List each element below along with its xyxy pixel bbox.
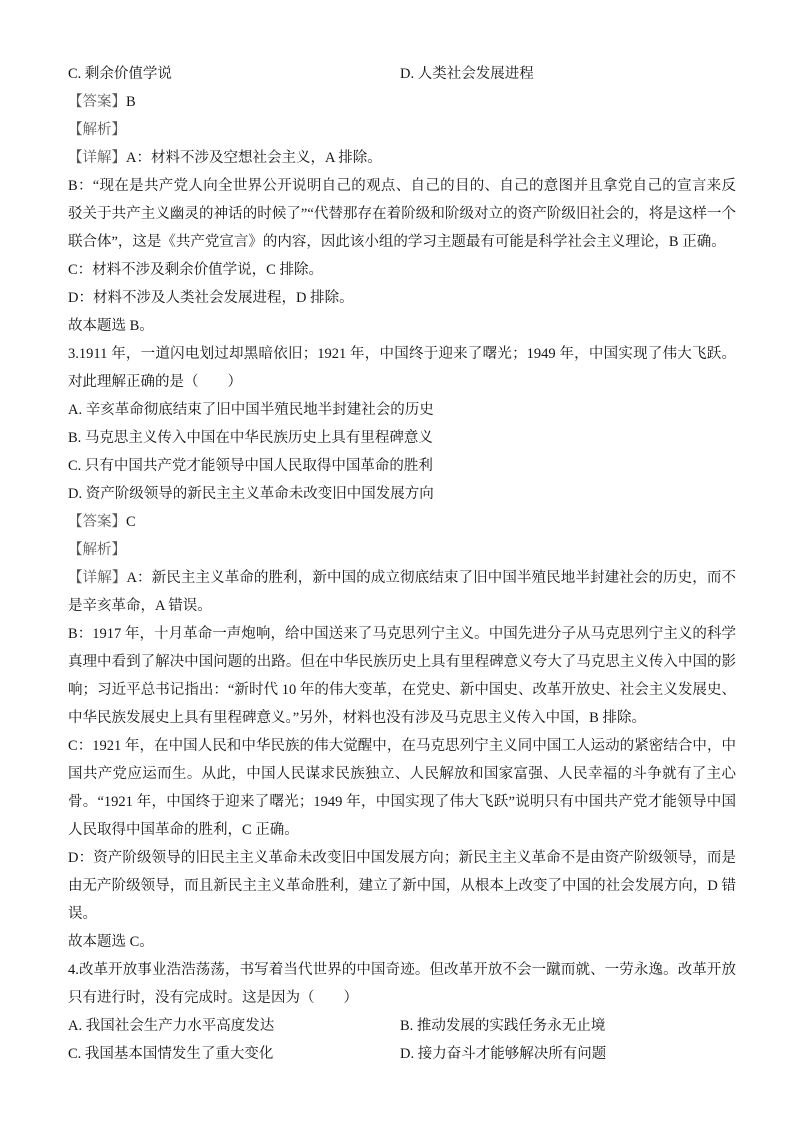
- detail-paragraph: D：资产阶级领导的旧民主主义革命未改变旧中国发展方向；新民主主义革命不是由资产阶…: [68, 844, 736, 928]
- bracket-label: 【解析】: [68, 542, 126, 558]
- option-left: C. 我国基本国情发生了重大变化: [68, 1040, 400, 1068]
- option-left: A. 我国社会生产力水平高度发达: [68, 1012, 400, 1040]
- text-run: 3.1911 年，一道闪电划过却黑暗依旧；1921 年，中国终于迎来了曙光；19…: [68, 346, 736, 390]
- options-row: C. 我国基本国情发生了重大变化D. 接力奋斗才能够解决所有问题: [68, 1040, 736, 1068]
- text-run: C：1921 年，在中国人民和中华民族的伟大觉醒中，在马克思列宁主义同中国工人运…: [68, 738, 736, 838]
- detail-paragraph: 【详解】A：材料不涉及空想社会主义，A 排除。: [68, 144, 736, 172]
- text-run: B：“现在是共产党人向全世界公开说明自己的观点、自己的目的、自己的意图并且拿党自…: [68, 178, 736, 250]
- text-run: B. 马克思主义传入中国在中华民族历史上具有里程碑意义: [68, 430, 433, 446]
- text-run: D. 资产阶级领导的新民主主义革命未改变旧中国发展方向: [68, 486, 434, 502]
- text-run: A：新民主主义革命的胜利，新中国的成立彻底结束了旧中国半殖民地半封建社会的历史，…: [68, 570, 736, 614]
- analysis-line: 【解析】: [68, 536, 736, 564]
- bracket-label: 【解析】: [68, 122, 126, 138]
- text-run: A：材料不涉及空想社会主义，A 排除。: [126, 150, 382, 166]
- option-right: B. 推动发展的实践任务永无止境: [400, 1012, 736, 1040]
- option-line: C. 只有中国共产党才能领导中国人民取得中国革命的胜利: [68, 452, 736, 480]
- option-right: D. 人类社会发展进程: [400, 60, 736, 88]
- option-line: D. 资产阶级领导的新民主主义革命未改变旧中国发展方向: [68, 480, 736, 508]
- answer-line: 【答案】C: [68, 508, 736, 536]
- analysis-line: 【解析】: [68, 116, 736, 144]
- bracket-label: 【答案】: [68, 94, 126, 110]
- text-run: C. 只有中国共产党才能领导中国人民取得中国革命的胜利: [68, 458, 433, 474]
- detail-paragraph: B：“现在是共产党人向全世界公开说明自己的观点、自己的目的、自己的意图并且拿党自…: [68, 172, 736, 256]
- bracket-label: 【详解】: [68, 150, 126, 166]
- option-left: C. 剩余价值学说: [68, 60, 400, 88]
- bracket-label: 【答案】: [68, 514, 126, 530]
- text-run: C: [126, 514, 136, 530]
- option-right: D. 接力奋斗才能够解决所有问题: [400, 1040, 736, 1068]
- question-stem: 3.1911 年，一道闪电划过却黑暗依旧；1921 年，中国终于迎来了曙光；19…: [68, 340, 736, 396]
- options-row: C. 剩余价值学说D. 人类社会发展进程: [68, 60, 736, 88]
- answer-line: 【答案】B: [68, 88, 736, 116]
- detail-paragraph: C：1921 年，在中国人民和中华民族的伟大觉醒中，在马克思列宁主义同中国工人运…: [68, 732, 736, 844]
- option-line: A. 辛亥革命彻底结束了旧中国半殖民地半封建社会的历史: [68, 396, 736, 424]
- options-row: A. 我国社会生产力水平高度发达B. 推动发展的实践任务永无止境: [68, 1012, 736, 1040]
- text-run: D：材料不涉及人类社会发展进程，D 排除。: [68, 290, 354, 306]
- detail-paragraph: B：1917 年，十月革命一声炮响，给中国送来了马克思列宁主义。中国先进分子从马…: [68, 620, 736, 732]
- detail-paragraph: C：材料不涉及剩余价值学说，C 排除。: [68, 256, 736, 284]
- text-run: D：资产阶级领导的旧民主主义革命未改变旧中国发展方向；新民主主义革命不是由资产阶…: [68, 850, 736, 922]
- text-run: C：材料不涉及剩余价值学说，C 排除。: [68, 262, 323, 278]
- question-stem: 4.改革开放事业浩浩荡荡，书写着当代世界的中国奇迹。但改革开放不会一蹴而就、一劳…: [68, 956, 736, 1012]
- detail-paragraph: D：材料不涉及人类社会发展进程，D 排除。: [68, 284, 736, 312]
- conclusion-line: 故本题选 B。: [68, 312, 736, 340]
- option-line: B. 马克思主义传入中国在中华民族历史上具有里程碑意义: [68, 424, 736, 452]
- text-run: B：1917 年，十月革命一声炮响，给中国送来了马克思列宁主义。中国先进分子从马…: [68, 626, 736, 726]
- text-run: A. 辛亥革命彻底结束了旧中国半殖民地半封建社会的历史: [68, 402, 434, 418]
- text-run: 4.改革开放事业浩浩荡荡，书写着当代世界的中国奇迹。但改革开放不会一蹴而就、一劳…: [68, 962, 736, 1006]
- conclusion-line: 故本题选 C。: [68, 928, 736, 956]
- text-run: 故本题选 B。: [68, 318, 154, 334]
- bracket-label: 【详解】: [68, 570, 126, 586]
- document-body: C. 剩余价值学说D. 人类社会发展进程【答案】B【解析】【详解】A：材料不涉及…: [68, 60, 736, 1068]
- text-run: B: [126, 94, 136, 110]
- detail-paragraph: 【详解】A：新民主主义革命的胜利，新中国的成立彻底结束了旧中国半殖民地半封建社会…: [68, 564, 736, 620]
- text-run: 故本题选 C。: [68, 934, 154, 950]
